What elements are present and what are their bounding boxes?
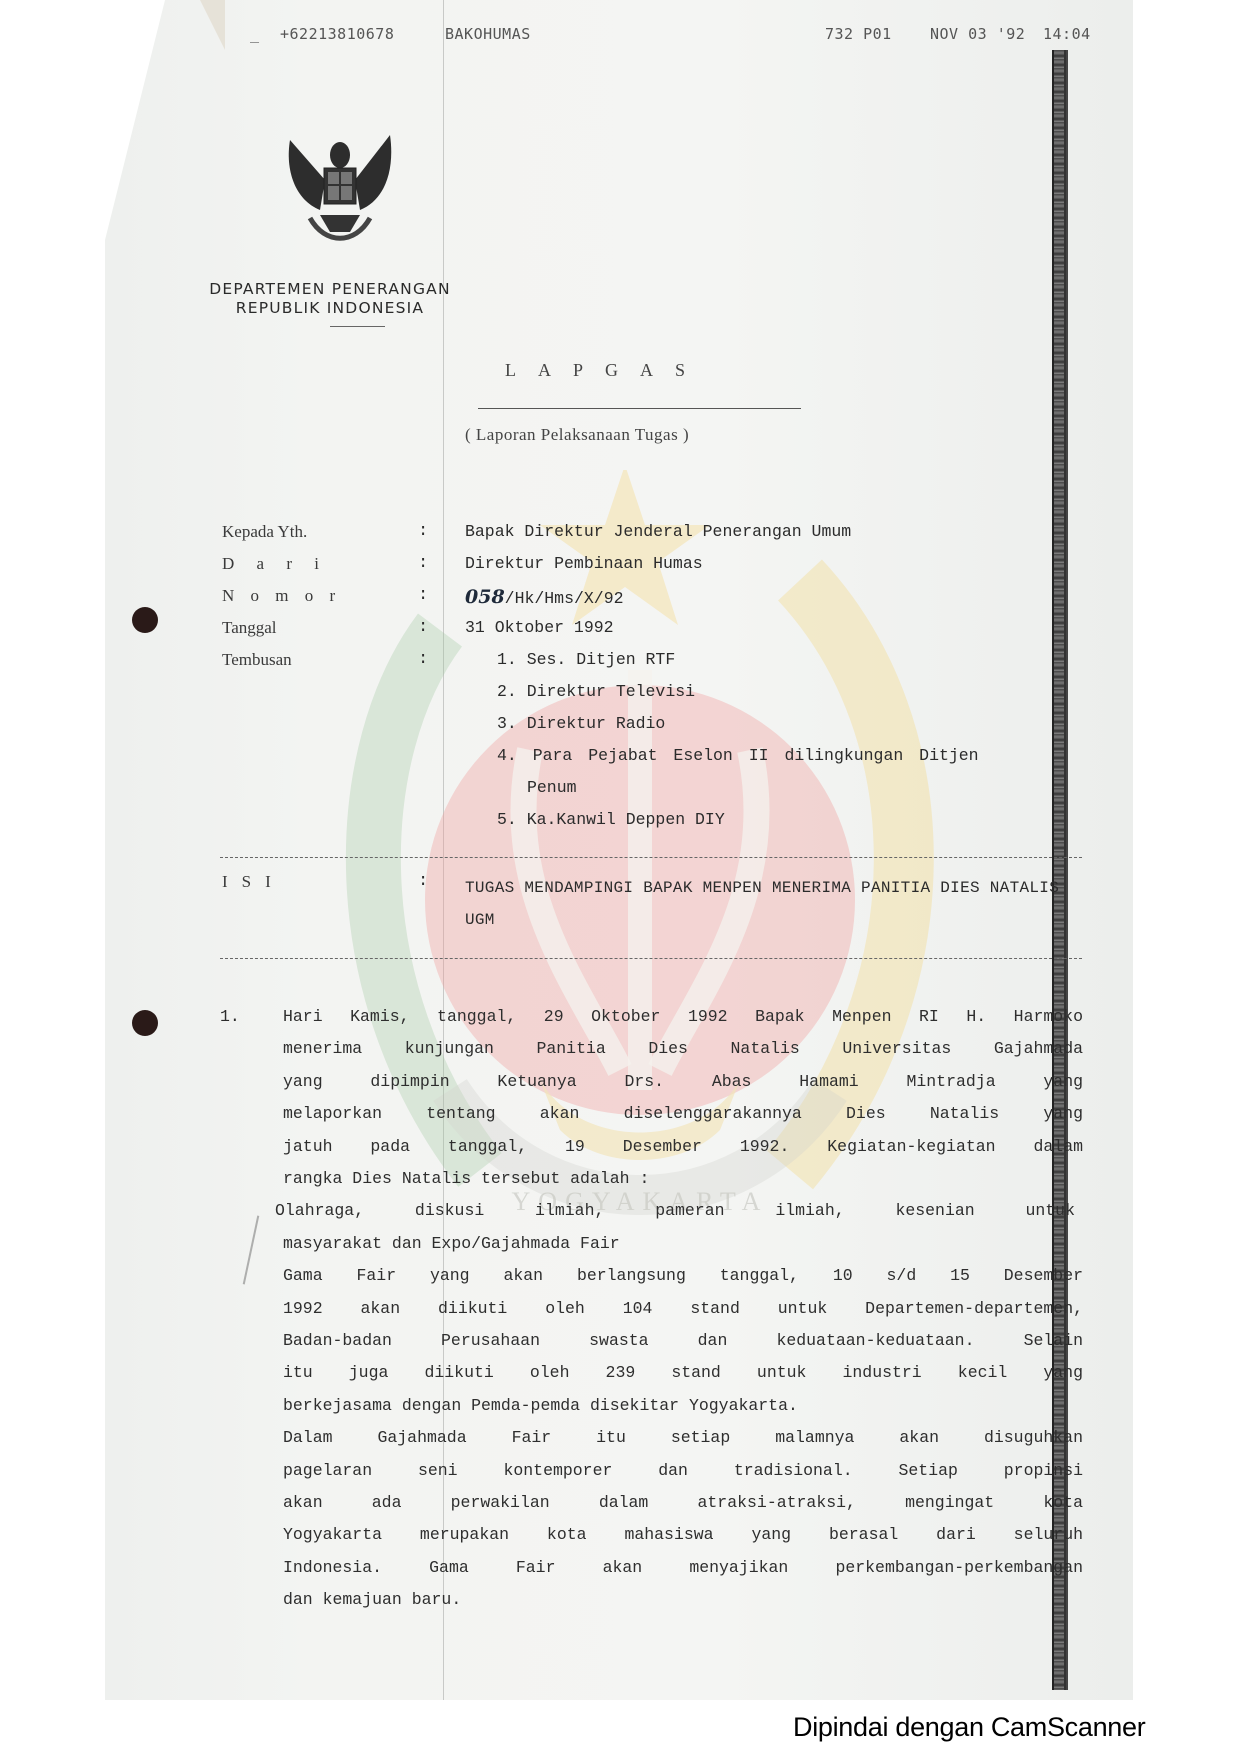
isi-label: ISI: [222, 872, 285, 892]
body-line: yang dipimpin Ketuanya Drs. Abas Hamami …: [283, 1072, 1083, 1091]
body-line: menerima kunjungan Panitia Dies Natalis …: [283, 1039, 1083, 1058]
body-line: berkejasama dengan Pemda-pemda disekitar…: [283, 1396, 1083, 1415]
kepada-value: Bapak Direktur Jenderal Penerangan Umum: [465, 522, 851, 541]
paragraph-number: 1.: [220, 1007, 240, 1026]
title-rule: [478, 408, 801, 409]
colon: :: [418, 554, 428, 573]
letterhead: DEPARTEMEN PENERANGAN REPUBLIK INDONESIA: [160, 280, 500, 318]
body-line: Badan-badan Perusahaan swasta dan keduat…: [283, 1331, 1083, 1350]
body-line: 1992 akan diikuti oleh 104 stand untuk D…: [283, 1299, 1083, 1318]
colon: :: [418, 650, 428, 669]
body-line: Hari Kamis, tanggal, 29 Oktober 1992 Bap…: [283, 1007, 1083, 1026]
camscanner-label: Dipindai dengan CamScanner: [793, 1712, 1145, 1743]
body-line: jatuh pada tanggal, 19 Desember 1992. Ke…: [283, 1137, 1083, 1156]
letterhead-rule: [330, 326, 385, 327]
punch-hole: [132, 1010, 158, 1036]
fax-sender-number: +62213810678: [280, 25, 394, 43]
dari-label: D a r i: [222, 554, 412, 574]
body-line: masyarakat dan Expo/Gajahmada Fair: [283, 1234, 1083, 1253]
tanggal-value: 31 Oktober 1992: [465, 618, 614, 637]
isi-value: TUGAS MENDAMPINGI BAPAK MENPEN MENERIMA …: [465, 872, 1085, 936]
tembusan-item: 3. Direktur Radio: [497, 714, 665, 733]
document-title: LAPGAS: [505, 360, 707, 381]
fax-time: 14:04: [1043, 25, 1091, 43]
tembusan-item: Penum: [527, 778, 577, 797]
body-line: Gama Fair yang akan berlangsung tanggal,…: [283, 1266, 1083, 1285]
letterhead-department: DEPARTEMEN PENERANGAN: [160, 280, 500, 299]
fax-dash: _: [250, 25, 260, 43]
colon: :: [418, 872, 428, 891]
letterhead-country: REPUBLIK INDONESIA: [160, 299, 500, 318]
colon: :: [418, 586, 428, 605]
section-divider: [220, 857, 1082, 858]
body-line: melaporkan tentang akan diselenggarakann…: [283, 1104, 1083, 1123]
garuda-emblem-icon: [280, 120, 400, 250]
section-divider: [220, 958, 1082, 959]
body-line: Olahraga, diskusi ilmiah, pameran ilmiah…: [275, 1201, 1075, 1220]
nomor-handwritten: 058: [465, 586, 505, 608]
nomor-value: 058/Hk/Hms/X/92: [465, 586, 624, 608]
folded-corner: [105, 0, 165, 240]
kepada-label: Kepada Yth.: [222, 522, 412, 542]
nomor-label: N o m o r: [222, 586, 412, 606]
folded-corner-flap: [200, 0, 225, 50]
tanggal-label: Tanggal: [222, 618, 412, 638]
body-line: rangka Dies Natalis tersebut adalah :: [283, 1169, 1083, 1188]
nomor-suffix: /Hk/Hms/X/92: [505, 589, 624, 608]
fax-header: _ +62213810678 BAKOHUMAS 732 P01 NOV 03 …: [105, 25, 1133, 45]
colon: :: [418, 522, 428, 541]
tembusan-item: 1. Ses. Ditjen RTF: [497, 650, 675, 669]
fax-sender-name: BAKOHUMAS: [445, 25, 531, 43]
body-line: dan kemajuan baru.: [283, 1590, 1083, 1609]
fax-date: NOV 03 '92: [930, 25, 1025, 43]
document-subtitle: ( Laporan Pelaksanaan Tugas ): [465, 425, 689, 445]
colon: :: [418, 618, 428, 637]
body-line: itu juga diikuti oleh 239 stand untuk in…: [283, 1363, 1083, 1382]
tembusan-item: 4. Para Pejabat Eselon II dilingkungan D…: [497, 746, 979, 765]
tembusan-item: 5. Ka.Kanwil Deppen DIY: [497, 810, 725, 829]
body-line: pagelaran seni kontemporer dan tradision…: [283, 1461, 1083, 1480]
body-line: Yogyakarta merupakan kota mahasiswa yang…: [283, 1525, 1083, 1544]
tembusan-item: 2. Direktur Televisi: [497, 682, 695, 701]
dari-value: Direktur Pembinaan Humas: [465, 554, 703, 573]
body-line: Dalam Gajahmada Fair itu setiap malamnya…: [283, 1428, 1083, 1447]
punch-hole: [132, 607, 158, 633]
tembusan-label: Tembusan: [222, 650, 412, 670]
body-line: Indonesia. Gama Fair akan menyajikan per…: [283, 1558, 1083, 1577]
body-line: akan ada perwakilan dalam atraksi-atraks…: [283, 1493, 1083, 1512]
fax-page-code: 732 P01: [825, 25, 892, 43]
